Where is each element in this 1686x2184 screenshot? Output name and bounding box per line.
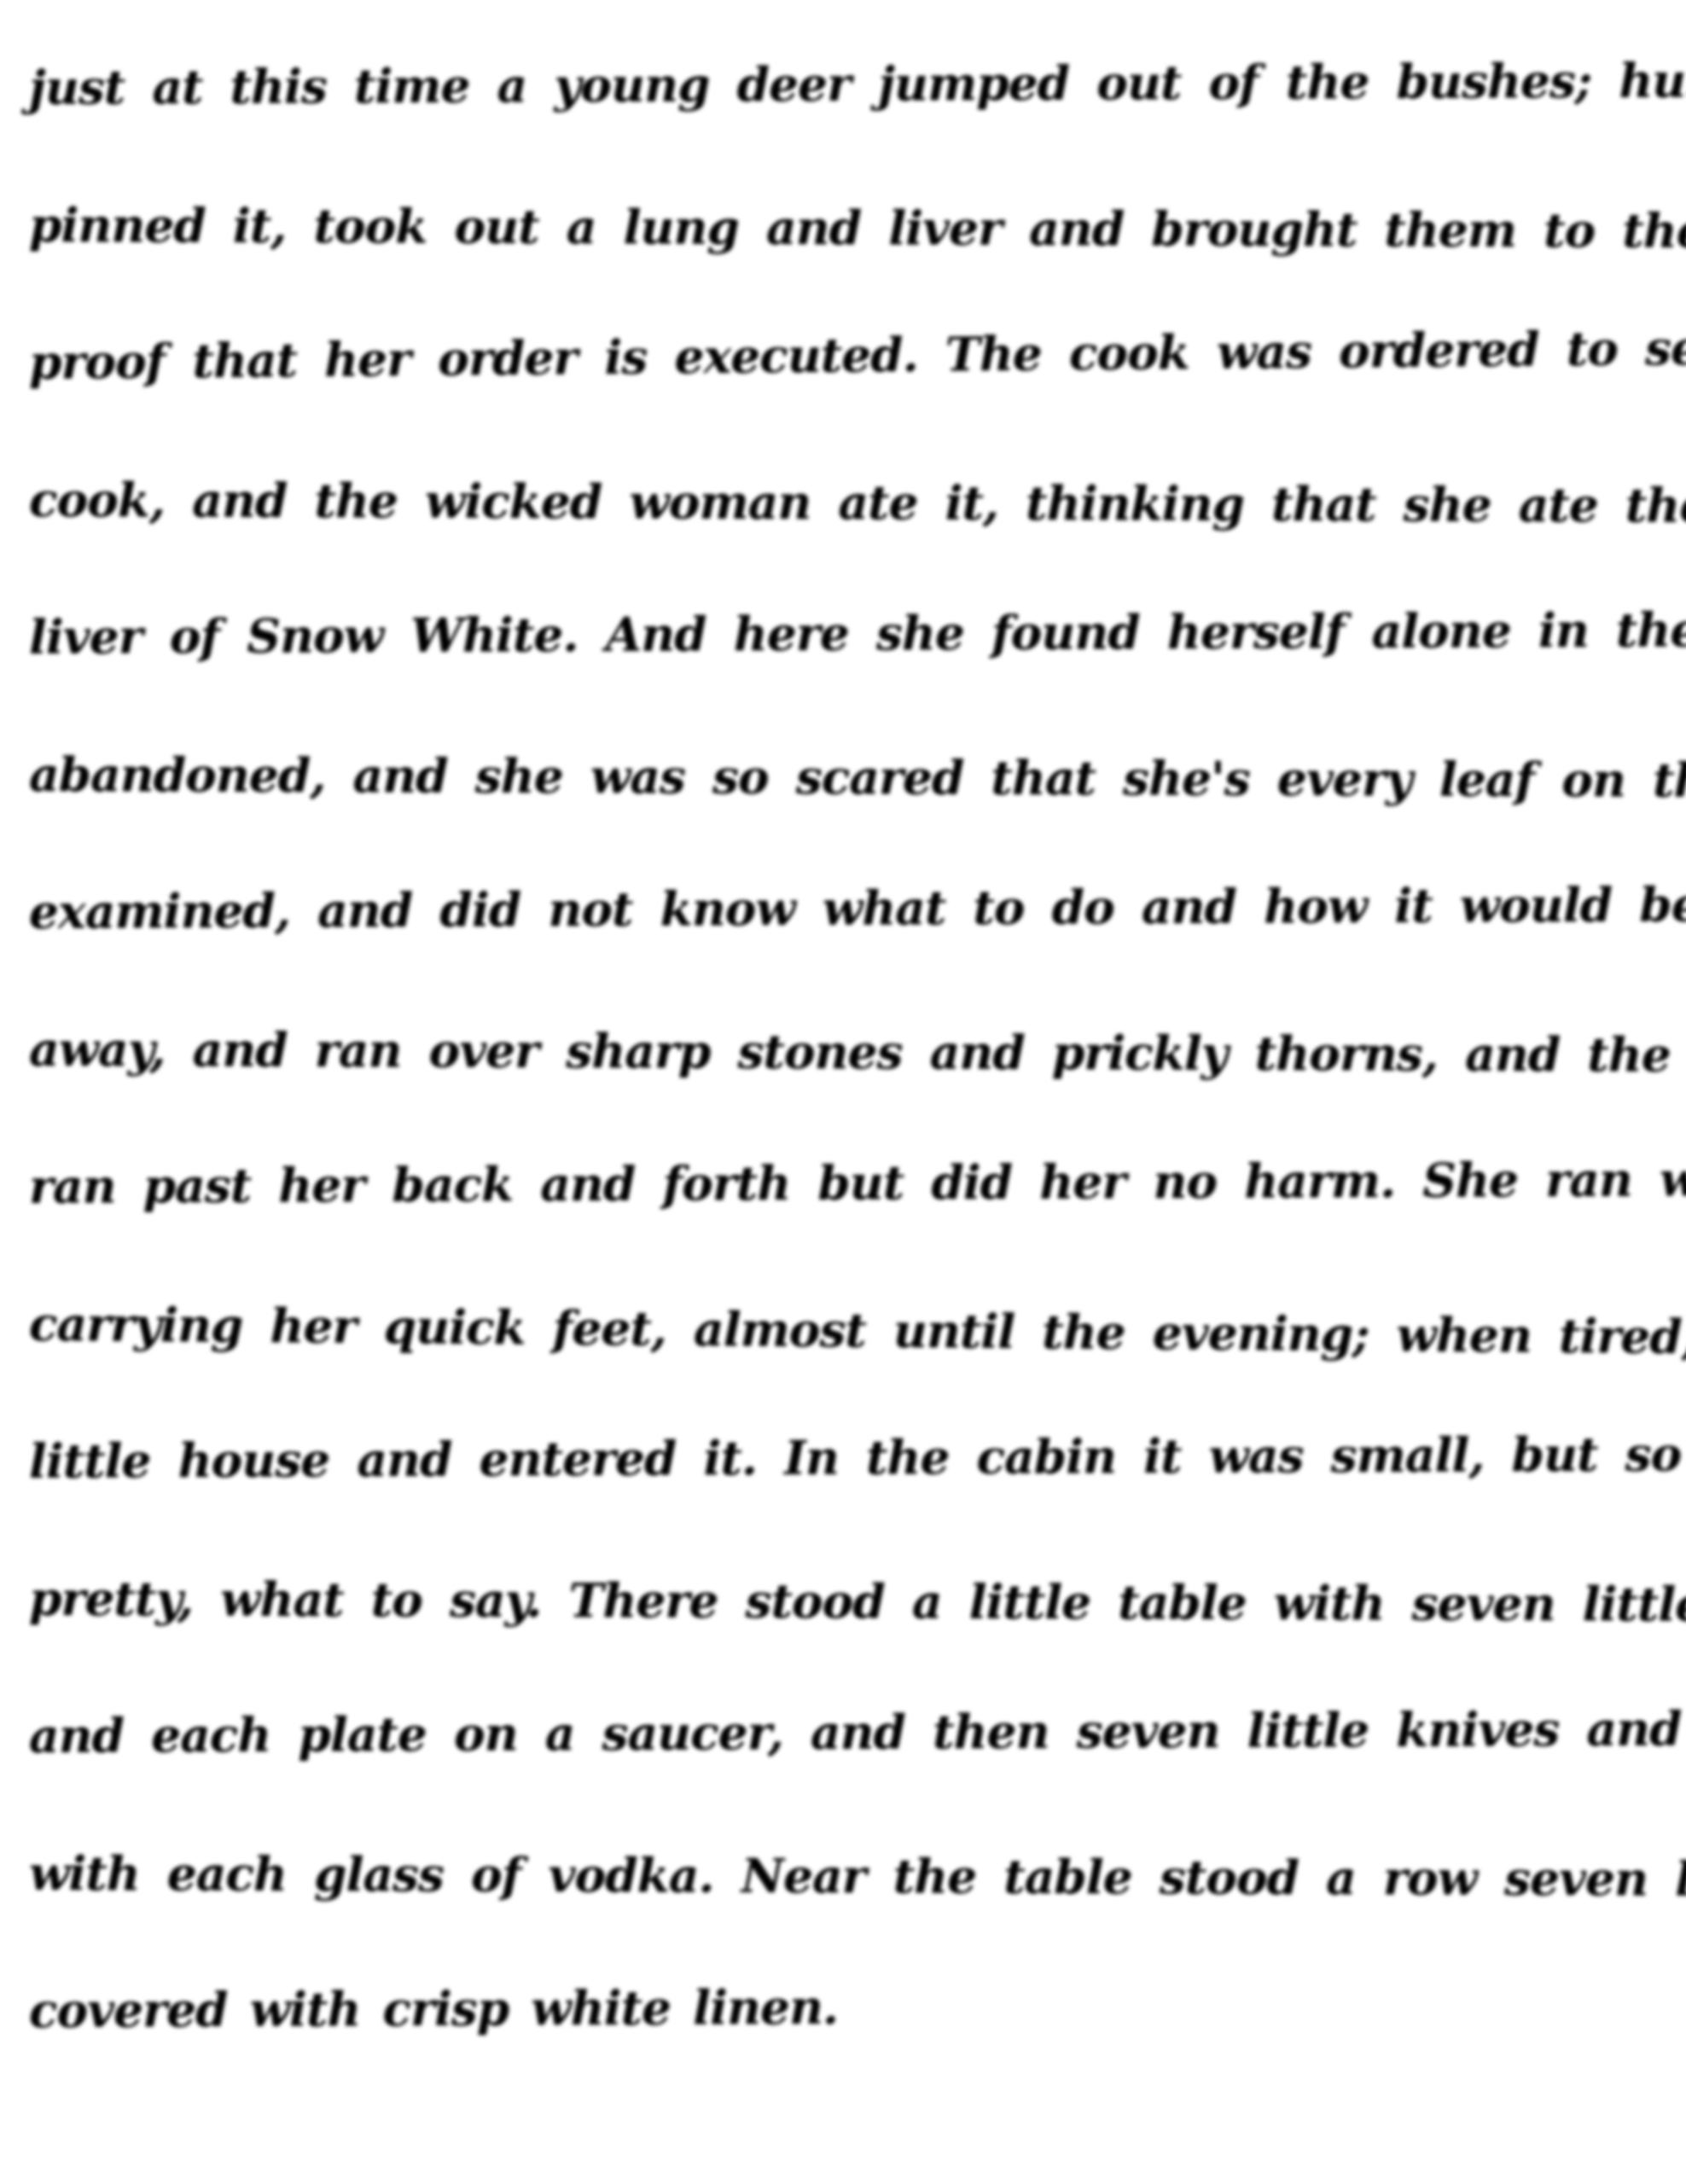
text-line: little house and entered it. In the cabi… [29,1391,1661,1535]
text-line: proof that her order is executed. The co… [28,284,1660,436]
text-line: pinned it, took out a lung and liver and… [29,161,1661,305]
text-line: away, and ran over sharp stones and pric… [29,985,1661,1129]
handwritten-text-block: just at this time a young deer jumped ou… [29,24,1660,2184]
text-line: liver of Snow White. And here she found … [29,566,1661,711]
text-line: carrying her quick feet, almost until th… [28,1260,1660,1410]
text-line: abandoned, and she was so scared that sh… [29,711,1661,854]
text-line: covered with crisp white linen. [29,1940,1661,2084]
text-line: just at this time a young deer jumped ou… [29,17,1661,161]
scanned-manuscript-page: just at this time a young deer jumped ou… [0,0,1686,2184]
text-line: cook, and the wicked woman ate it, think… [29,436,1661,579]
text-line: pretty, what to say. There stood a littl… [29,1535,1661,1678]
text-line: examined, and did not know what to do an… [29,841,1661,985]
text-line: with each glass of vodka. Near the table… [29,1809,1661,1953]
text-line: ran past her back and forth but did her … [29,1116,1661,1260]
text-line: and each plate on a saucer, and then sev… [29,1665,1661,1809]
